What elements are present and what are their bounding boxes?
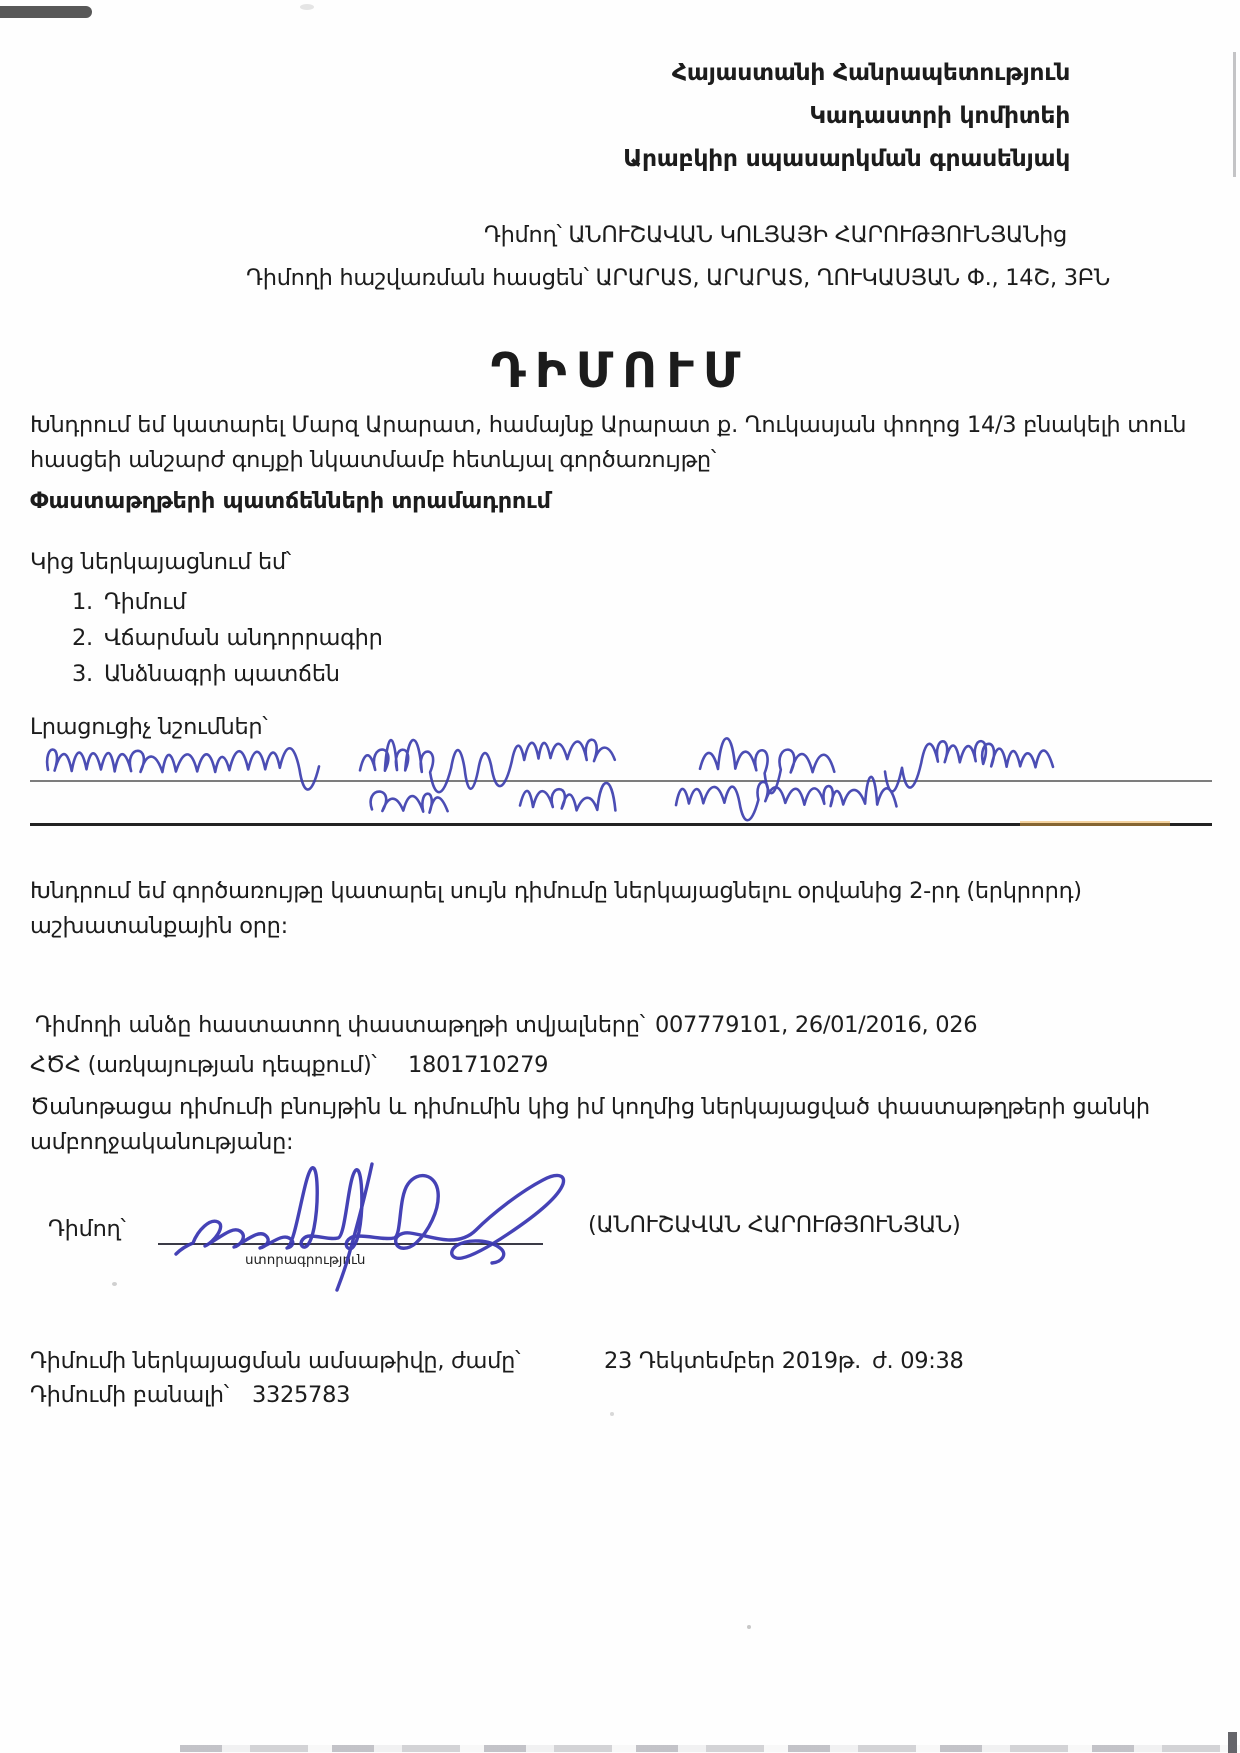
acknowledgement-line2: ամբողջականությանը: — [30, 1129, 293, 1156]
submission-time-value: ժ. 09:38 — [872, 1348, 964, 1375]
schedule-paragraph-line1: Խնդրում եմ գործառույթը կատարել սույն դիմ… — [30, 878, 1082, 905]
ssn-label: ՀԾՀ (առկայության դեպքում)՝ — [30, 1052, 377, 1079]
signatory-name: (ԱՆՈՒՇԱՎԱՆ ՀԱՐՈՒԹՅՈՒՆՅԱՆ) — [588, 1212, 961, 1239]
scan-band-bottom — [180, 1745, 1240, 1752]
submission-date-value: 23 Դեկտեմբեր 2019թ. — [604, 1348, 861, 1375]
applicant-name-line: Դիմող՝ ԱՆՈՒՇԱՎԱՆ ԿՈԼՅԱՅԻ ՀԱՐՈՒԹՅՈՒՆՅԱՆից — [484, 222, 1067, 249]
scan-speck — [300, 4, 314, 10]
schedule-paragraph-line2: աշխատանքային օրը: — [30, 913, 288, 940]
signature-line — [158, 1243, 543, 1245]
notes-rule-1 — [30, 780, 1212, 782]
header-office: Արաբկիր սպասարկման գրասենյակ — [623, 144, 1070, 172]
attachment-item-number: 3. — [72, 661, 93, 688]
scan-speck — [747, 1625, 751, 1629]
signature-ink — [176, 1168, 564, 1263]
handwritten-note-line-1 — [47, 738, 1053, 793]
acknowledgement-line1: Ծանոթացա դիմումի բնույթին և դիմումին կից… — [30, 1094, 1150, 1121]
scan-edge-line-right — [1233, 52, 1236, 177]
application-key-label: Դիմումի բանալի՝ — [30, 1382, 229, 1409]
attachment-item-number: 1. — [72, 589, 93, 616]
signature-label: Դիմող՝ — [48, 1216, 126, 1243]
scan-smudge-top-left — [0, 6, 92, 18]
application-key-value: 3325783 — [252, 1382, 350, 1409]
document-page: Հայաստանի Հանրապետություն Կադաստրի կոմիտ… — [0, 0, 1240, 1753]
attachment-item-label: Անձնագրի պատճեն — [104, 661, 340, 688]
attachment-item-number: 2. — [72, 625, 93, 652]
highlight-mark — [1020, 821, 1170, 826]
scan-speck — [610, 1412, 614, 1416]
notes-label: Լրացուցիչ նշումներ՝ — [30, 714, 267, 741]
attachments-label: Կից ներկայացնում եմ՝ — [30, 549, 291, 576]
handwritten-note-line-2 — [371, 777, 897, 820]
page-title: ԴԻՄՈՒՄ — [0, 343, 1240, 399]
header-committee: Կադաստրի կոմիտեի — [809, 101, 1070, 129]
request-paragraph-line1: Խնդրում եմ կատարել Մարզ Արարատ, համայնք … — [30, 412, 1186, 439]
requested-function: Փաստաթղթերի պատճենների տրամադրում — [30, 488, 551, 515]
signature-ink-cross-stroke — [337, 1164, 372, 1290]
id-document-value: 007779101, 26/01/2016, 026 — [655, 1012, 977, 1039]
ink-overlay — [0, 0, 1240, 1753]
applicant-address-line: Դիմողի հաշվառման հասցեն՝ ԱՐԱՐԱՏ, ԱՐԱՐԱՏ,… — [246, 265, 1110, 292]
header-country: Հայաստանի Հանրապետություն — [672, 58, 1070, 86]
signature-caption: ստորագրություն — [245, 1252, 365, 1268]
submission-date-label: Դիմումի ներկայացման ամսաթիվը, ժամը՝ — [30, 1348, 520, 1375]
scan-speck — [112, 1282, 117, 1286]
ssn-value: 1801710279 — [408, 1052, 548, 1079]
attachment-item-label: Վճարման անդորրագիր — [104, 625, 383, 652]
attachment-item-label: Դիմում — [104, 589, 186, 616]
id-document-label: Դիմողի անձը հաստատող փաստաթղթի տվյալները… — [35, 1012, 645, 1039]
request-paragraph-line2: հասցեի անշարժ գույքի նկատմամբ հետևյալ գո… — [30, 447, 716, 474]
